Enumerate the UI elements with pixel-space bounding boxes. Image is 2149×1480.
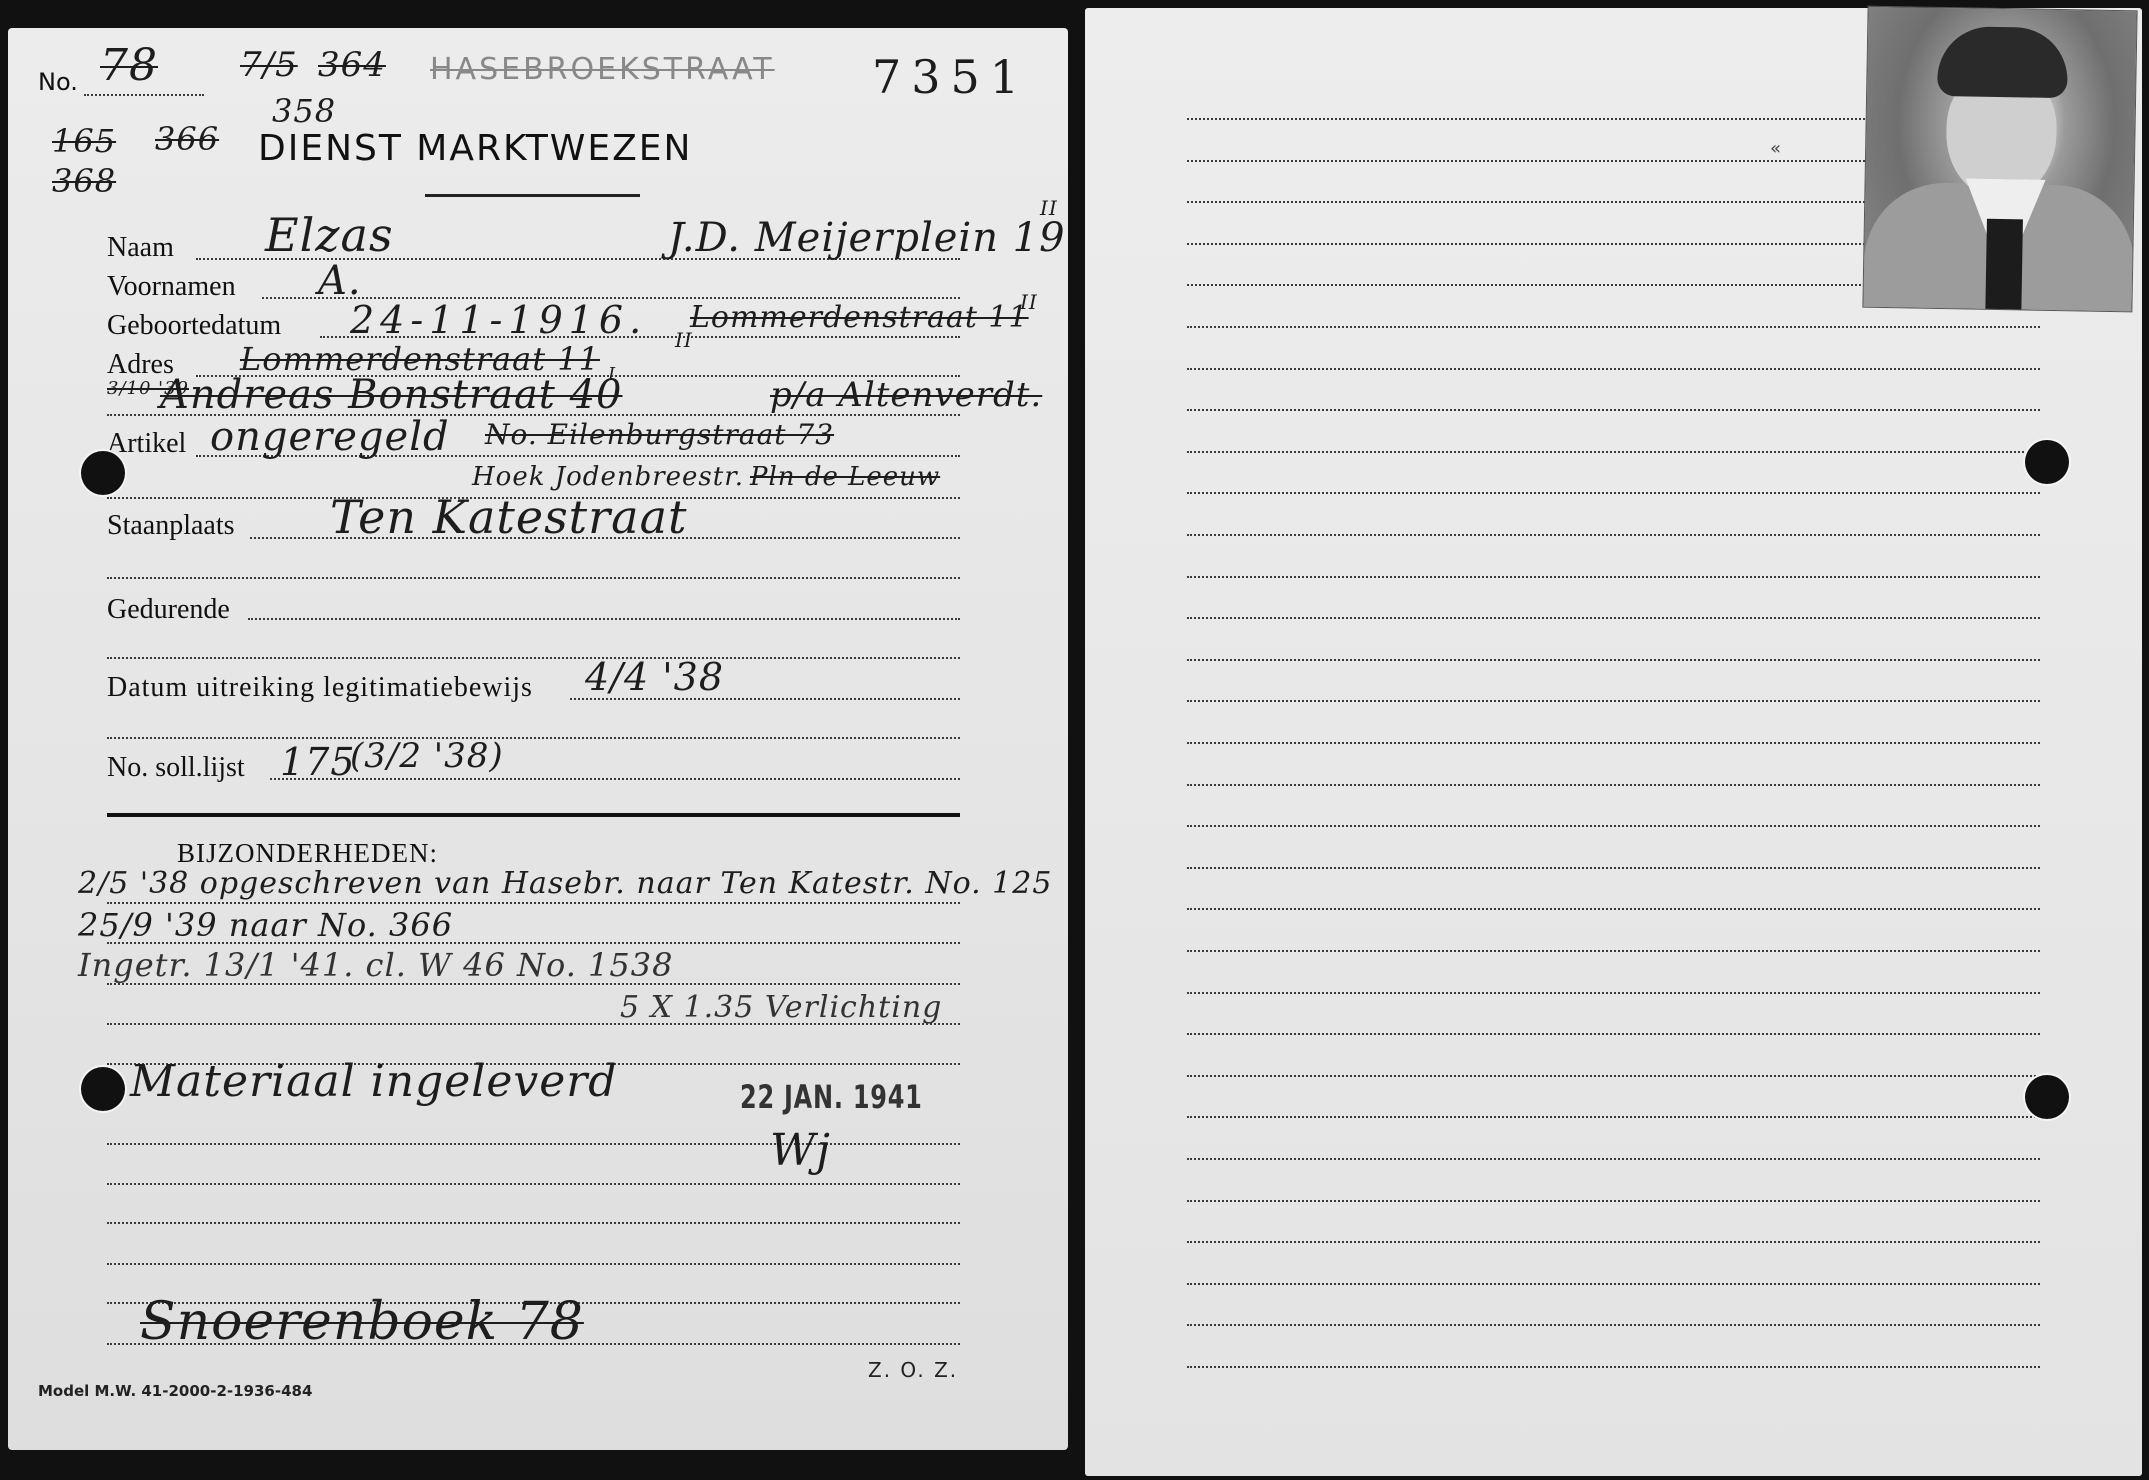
section-divider [107,813,960,817]
ruled-line [1187,118,1865,120]
passport-photo [1862,6,2137,313]
dotline-bijz-1 [107,902,960,904]
label-artikel: Artikel [107,428,186,460]
ruled-line [1187,368,2040,370]
value-artikel-struck: No. Eilenburgstraat 73 [485,418,834,451]
dotline-bijz-9 [107,1263,960,1265]
no-alt-value: 358 [272,92,336,130]
value-datum-uitreiking: 4/4 '38 [585,655,724,699]
ruled-line [1187,201,1865,203]
ruled-line [1187,867,2040,869]
ruled-line [1187,617,2040,619]
file-number: 7351 [872,50,1029,104]
bijz-entry-4: 5 X 1.35 Verlichting [620,990,942,1025]
footer-model: Model M.W. 41-2000-2-1936-484 [38,1382,312,1400]
ruled-line [1187,1075,2040,1077]
ruled-line [1187,992,2040,994]
no-struck-1: 7/5 [240,45,298,85]
photo-tie [1985,219,2023,313]
label-gedurende: Gedurende [107,594,230,626]
value-adres2-suffix: p/a Altenverdt. [770,375,1042,415]
ruled-line [1187,1200,2040,1202]
label-no-soll-lijst: No. soll.lijst [107,752,245,784]
no-struck-2: 364 [318,45,386,85]
value-no-soll-lijst-date: (3/2 '38) [350,736,504,776]
value-no-soll-lijst: 175 [280,740,356,784]
label-geboortedatum: Geboortedatum [107,310,281,342]
dotline-no-soll-lijst [270,778,960,780]
punch-hole-icon [2025,1075,2069,1119]
ruled-line [1187,243,1865,245]
ruled-line [1187,160,1865,162]
value-naam: Elzas [265,208,394,262]
value-adres2-sup: I [608,364,616,385]
no-prev-2: 366 [155,120,219,158]
value-geboortedatum-struck: Lommerdenstraat 11 [690,300,1029,335]
date-stamp: 22 JAN. 1941 [740,1078,923,1116]
value-adres2-struck: Andreas Bonstraat 40 [160,372,622,418]
value-artikel2-struck: Pln de Leeuw [750,462,940,492]
label-staanplaats: Staanplaats [107,510,235,542]
street-stamp: HASEBROEKSTRAAT [430,52,775,87]
dotline-bijz-8 [107,1222,960,1224]
label-naam: Naam [107,232,174,264]
bijz-entry-5: Materiaal ingeleverd [130,1056,617,1107]
no-label: No. [38,68,78,96]
ruled-line [1187,1158,2040,1160]
value-adres-sup: II [675,328,693,352]
no-value: 78 [100,40,158,91]
ruled-line [1187,1366,2040,1368]
punch-hole-icon [81,451,125,495]
ruled-line [1187,534,2040,536]
ruled-line [1187,825,2040,827]
ruled-line [1187,451,2040,453]
ruled-line [1187,659,2040,661]
ruled-line [1187,576,2040,578]
value-geboortedatum: 24-11-1916. [350,298,647,342]
ruled-line [1187,492,2040,494]
ruled-line [1187,409,2040,411]
value-geboortedatum-sup: II [1020,290,1038,314]
ruled-line [1187,1116,2040,1118]
dotline-gedurende [248,618,960,620]
label-voornamen: Voornamen [107,271,236,303]
dotline-bijz-6 [107,1143,960,1145]
ruled-line [1187,326,2040,328]
ruled-line [1187,284,1865,286]
bijz-final-entry: Snoerenboek 78 [140,1292,584,1352]
value-naam-address-floor: II [1040,196,1058,220]
ruled-line [1187,1283,2040,1285]
bijz-entry-3: Ingetr. 13/1 '41. cl. W 46 No. 1538 [78,946,673,984]
dotline-staanplaats-2 [107,577,960,579]
photo-hair [1937,26,2068,98]
initials-signature: Wj [770,1125,831,1176]
ruled-line [1187,700,2040,702]
dotline-bijz-7 [107,1183,960,1185]
ruled-line [1187,784,2040,786]
ruled-line [1187,950,2040,952]
value-naam-address: J.D. Meijerplein 19 [668,215,1066,261]
ruled-line [1187,908,2040,910]
bijz-entry-1: 2/5 '38 opgeschreven van Hasebr. naar Te… [78,866,1052,901]
ruled-line [1187,1033,2040,1035]
punch-hole-icon [81,1067,125,1111]
ruled-line [1187,1241,2040,1243]
value-artikel2: Hoek Jodenbreestr. [472,462,744,492]
dotline-gedurende-2 [107,657,960,659]
footer-zoz: Z. O. Z. [868,1358,958,1382]
title-underline [425,194,640,197]
pencil-mark: « [1770,138,1781,159]
no-prev-3: 368 [52,162,116,200]
no-dotline [84,94,204,96]
ruled-line [1187,742,2040,744]
ruled-line [1187,1324,2040,1326]
punch-hole-icon [2025,440,2069,484]
dotline-datum-uitreiking-2 [107,737,960,739]
no-prev-1: 165 [52,122,116,160]
bijz-entry-2: 25/9 '39 naar No. 366 [78,906,453,944]
page-title: DIENST MARKTWEZEN [258,128,692,169]
value-artikel: ongeregeld [210,414,450,460]
value-staanplaats: Ten Katestraat [330,490,688,544]
label-bijzonderheden: BIJZONDERHEDEN: [177,838,438,869]
label-datum-uitreiking: Datum uitreiking legitimatiebewijs [107,672,533,704]
